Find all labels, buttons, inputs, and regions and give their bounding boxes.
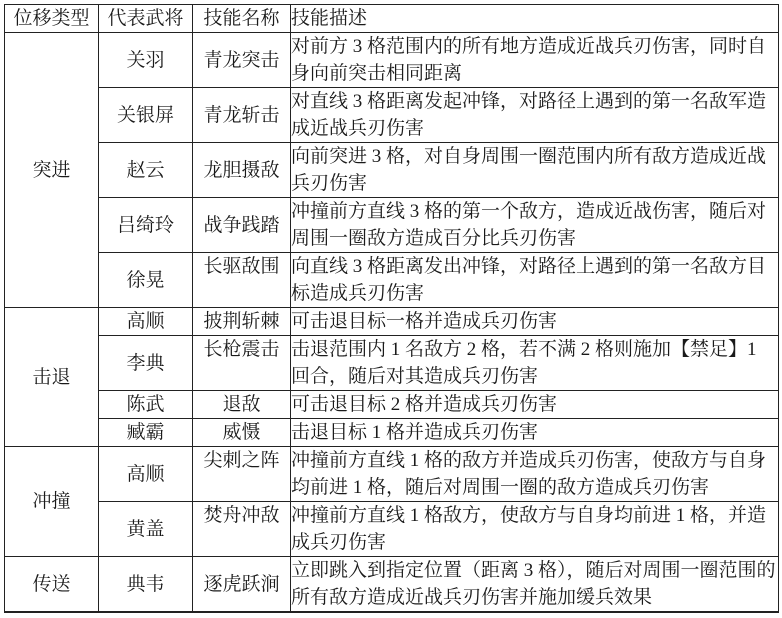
- cell-skill-desc: 冲撞前方直线 3 格的第一个敌方，造成近战伤害，随后对周围一圈敌方造成百分比兵刃…: [291, 198, 779, 253]
- cell-general: 高顺: [99, 308, 193, 336]
- header-general: 代表武将: [99, 5, 193, 33]
- header-movement-type: 位移类型: [5, 5, 99, 33]
- table-row: 突进 关羽 青龙突击 对前方 3 格范围内的所有地方造成近战兵刃伤害，同时自身向…: [5, 33, 779, 88]
- table-row: 赵云 龙胆摄敌 向前突进 3 格，对自身周围一圈范围内所有敌方造成近战兵刃伤害: [5, 143, 779, 198]
- cell-skill-desc: 冲撞前方直线 1 格敌方，使敌方与自身均前进 1 格，并造成兵刃伤害: [291, 502, 779, 557]
- table-row: 李典 长枪震击 击退范围内 1 名敌方 2 格，若不满 2 格则施加【禁足】1 …: [5, 336, 779, 391]
- cell-skill-desc: 对直线 3 格距离发起冲锋，对路径上遇到的第一名敌军造成近战兵刃伤害: [291, 88, 779, 143]
- cell-skill-name: 披荆斩棘: [193, 308, 291, 336]
- cell-skill-name: 青龙突击: [193, 33, 291, 88]
- cell-movement-type: 击退: [5, 308, 99, 447]
- table-row: 击退 高顺 披荆斩棘 可击退目标一格并造成兵刃伤害: [5, 308, 779, 336]
- cell-skill-desc: 击退范围内 1 名敌方 2 格，若不满 2 格则施加【禁足】1 回合，随后对其造…: [291, 336, 779, 391]
- table-row: 黄盖 焚舟冲敌 冲撞前方直线 1 格敌方，使敌方与自身均前进 1 格，并造成兵刃…: [5, 502, 779, 557]
- cell-skill-name: 逐虎跃涧: [193, 557, 291, 613]
- cell-general: 典韦: [99, 557, 193, 613]
- cell-skill-desc: 冲撞前方直线 1 格的敌方并造成兵刃伤害，使敌方与自身均前进 1 格，随后对周围…: [291, 447, 779, 502]
- cell-skill-name: 威慑: [193, 419, 291, 447]
- cell-skill-name: 长驱敌围: [193, 253, 291, 308]
- table-row: 陈武 退敌 可击退目标 2 格并造成兵刃伤害: [5, 391, 779, 419]
- header-row: 位移类型 代表武将 技能名称 技能描述: [5, 5, 779, 33]
- table-row: 吕绮玲 战争践踏 冲撞前方直线 3 格的第一个敌方，造成近战伤害，随后对周围一圈…: [5, 198, 779, 253]
- cell-skill-desc: 立即跳入到指定位置（距离 3 格），随后对周围一圈范围的所有敌方造成近战兵刃伤害…: [291, 557, 779, 613]
- cell-skill-name: 长枪震击: [193, 336, 291, 391]
- cell-skill-desc: 击退目标 1 格并造成兵刃伤害: [291, 419, 779, 447]
- cell-general: 徐晃: [99, 253, 193, 308]
- cell-skill-desc: 向前突进 3 格，对自身周围一圈范围内所有敌方造成近战兵刃伤害: [291, 143, 779, 198]
- cell-general: 臧霸: [99, 419, 193, 447]
- cell-general: 黄盖: [99, 502, 193, 557]
- cell-skill-desc: 向直线 3 格距离发出冲锋，对路径上遇到的第一名敌方目标造成兵刃伤害: [291, 253, 779, 308]
- cell-skill-name: 龙胆摄敌: [193, 143, 291, 198]
- cell-general: 关羽: [99, 33, 193, 88]
- cell-movement-type: 传送: [5, 557, 99, 613]
- cell-skill-desc: 对前方 3 格范围内的所有地方造成近战兵刃伤害，同时自身向前突击相同距离: [291, 33, 779, 88]
- skill-table: 位移类型 代表武将 技能名称 技能描述 突进 关羽 青龙突击 对前方 3 格范围…: [4, 4, 779, 613]
- cell-general: 高顺: [99, 447, 193, 502]
- table-row: 传送 典韦 逐虎跃涧 立即跳入到指定位置（距离 3 格），随后对周围一圈范围的所…: [5, 557, 779, 613]
- cell-general: 陈武: [99, 391, 193, 419]
- table-row: 关银屏 青龙斩击 对直线 3 格距离发起冲锋，对路径上遇到的第一名敌军造成近战兵…: [5, 88, 779, 143]
- cell-general: 李典: [99, 336, 193, 391]
- cell-skill-name: 尖刺之阵: [193, 447, 291, 502]
- cell-skill-name: 青龙斩击: [193, 88, 291, 143]
- table-row: 臧霸 威慑 击退目标 1 格并造成兵刃伤害: [5, 419, 779, 447]
- cell-movement-type: 冲撞: [5, 447, 99, 557]
- table-row: 冲撞 高顺 尖刺之阵 冲撞前方直线 1 格的敌方并造成兵刃伤害，使敌方与自身均前…: [5, 447, 779, 502]
- cell-skill-name: 焚舟冲敌: [193, 502, 291, 557]
- header-skill-name: 技能名称: [193, 5, 291, 33]
- cell-general: 关银屏: [99, 88, 193, 143]
- cell-general: 赵云: [99, 143, 193, 198]
- cell-general: 吕绮玲: [99, 198, 193, 253]
- header-skill-desc: 技能描述: [291, 5, 779, 33]
- cell-skill-desc: 可击退目标一格并造成兵刃伤害: [291, 308, 779, 336]
- cell-movement-type: 突进: [5, 33, 99, 308]
- table-row: 徐晃 长驱敌围 向直线 3 格距离发出冲锋，对路径上遇到的第一名敌方目标造成兵刃…: [5, 253, 779, 308]
- cell-skill-name: 退敌: [193, 391, 291, 419]
- cell-skill-name: 战争践踏: [193, 198, 291, 253]
- cell-skill-desc: 可击退目标 2 格并造成兵刃伤害: [291, 391, 779, 419]
